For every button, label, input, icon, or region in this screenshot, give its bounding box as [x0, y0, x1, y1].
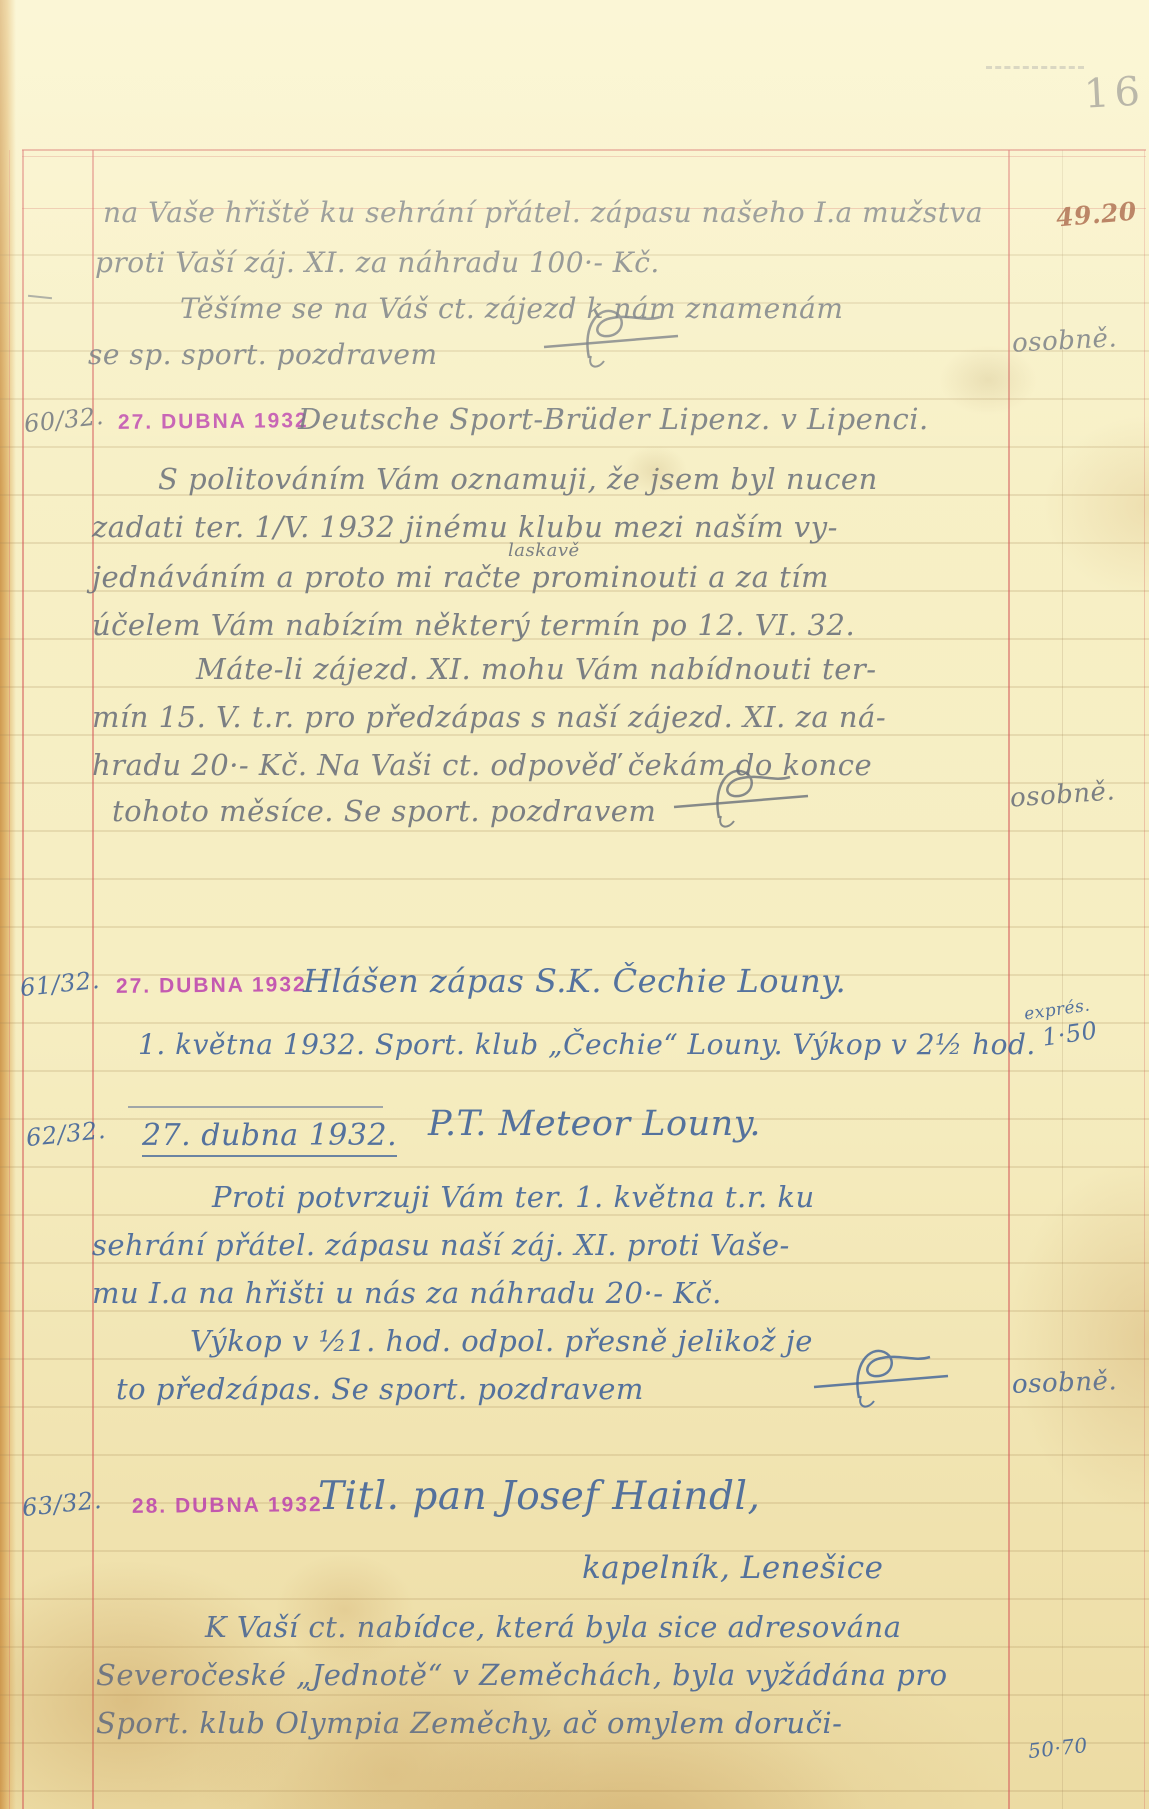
handwritten-line: zadati ter. 1/V. 1932 jinému klubu mezi …	[92, 510, 838, 544]
handwritten-line: jednáváním a proto mi račte prominouti a…	[92, 560, 829, 594]
signature-scribble	[762, 1340, 962, 1410]
handwritten-line: Výkop v ½1. hod. odpol. přesně jelikož j…	[190, 1324, 813, 1358]
signature-scribble	[492, 300, 692, 370]
handwritten-line: na Vaše hřiště ku sehrání přátel. zápasu…	[103, 196, 983, 229]
handwritten-line: K Vaší ct. nabídce, která byla sice adre…	[205, 1610, 902, 1644]
handwritten-line: S politováním Vám oznamuji, že jsem byl …	[158, 462, 878, 496]
entry-heading: Hlášen zápas S.K. Čechie Louny.	[303, 962, 846, 1000]
scanned-ledger-page: 16 49.20 na Vaše hřiště ku sehrání přáte…	[0, 0, 1149, 1809]
entry-number: 61/32.	[19, 966, 101, 1002]
handwritten-line: mu I.a na hřišti u nás za náhradu 20·- K…	[92, 1276, 722, 1310]
paper-crease	[1062, 150, 1063, 1809]
handwritten-line: proti Vaší záj. XI. za náhradu 100·- Kč.	[95, 246, 660, 279]
handwritten-line: účelem Vám nabízím některý termín po 12.…	[92, 608, 855, 642]
fee-annotation: 1·50	[1040, 1016, 1099, 1051]
delivery-note: osobně.	[1012, 1366, 1118, 1400]
handwritten-line: Máte-li zájezd. XI. mohu Vám nabídnouti …	[196, 652, 877, 686]
ink-stroke	[128, 1106, 383, 1108]
handwritten-line: Proti potvrzuji Vám ter. 1. května t.r. …	[212, 1180, 815, 1214]
fee-annotation-top: 49.20	[1055, 197, 1138, 233]
handwritten-line: Severočeské „Jednotě“ v Zeměchách, byla …	[96, 1658, 948, 1692]
margin-line-right-2	[1144, 150, 1145, 1809]
header-rule-top-2	[22, 156, 1146, 157]
handwritten-line: sehrání přátel. zápasu naší záj. XI. pro…	[92, 1228, 790, 1262]
entry-date-handwritten: 27. dubna 1932.	[142, 1118, 397, 1157]
handwritten-line: mín 15. V. t.r. pro předzápas s naší záj…	[92, 700, 886, 734]
date-stamp: 27. DUBNA 1932	[118, 409, 309, 435]
margin-line-right-1	[1008, 150, 1010, 1809]
margin-line-outer-left	[9, 150, 10, 1809]
ruled-lines	[0, 208, 1149, 1809]
entry-number: 63/32.	[21, 1486, 103, 1522]
handwritten-line: tohoto měsíce. Se sport. pozdravem	[112, 794, 656, 828]
pencil-dashed-line	[986, 66, 1084, 69]
handwritten-line: to předzápas. Se sport. pozdravem	[116, 1372, 644, 1406]
delivery-note: osobně.	[1009, 776, 1116, 813]
entry-heading: Titl. pan Josef Haindl,	[318, 1474, 760, 1519]
page-number: 16	[1083, 68, 1146, 117]
margin-dash-mark	[28, 295, 52, 299]
header-rule-top	[22, 149, 1146, 151]
handwritten-line: 1. května 1932. Sport. klub „Čechie“ Lou…	[138, 1028, 1036, 1061]
date-stamp: 28. DUBNA 1932	[132, 1493, 323, 1519]
entry-number: 62/32.	[25, 1116, 107, 1152]
entry-heading: Deutsche Sport-Brüder Lipenz. v Lipenci.	[298, 402, 929, 436]
inserted-word: laskavě	[508, 540, 580, 561]
date-stamp: 27. DUBNA 1932	[116, 973, 307, 999]
entry-subheading: kapelník, Lenešice	[582, 1550, 884, 1586]
handwritten-line: Sport. klub Olympia Zeměchy, ač omylem d…	[96, 1706, 842, 1740]
delivery-note: osobně.	[1011, 323, 1118, 358]
fee-annotation-bottom: 50·70	[1027, 1733, 1089, 1763]
binding-edge	[0, 0, 16, 1809]
signature-scribble	[622, 760, 822, 830]
handwritten-line: se sp. sport. pozdravem	[88, 338, 438, 371]
entry-heading: P.T. Meteor Louny.	[428, 1104, 761, 1144]
